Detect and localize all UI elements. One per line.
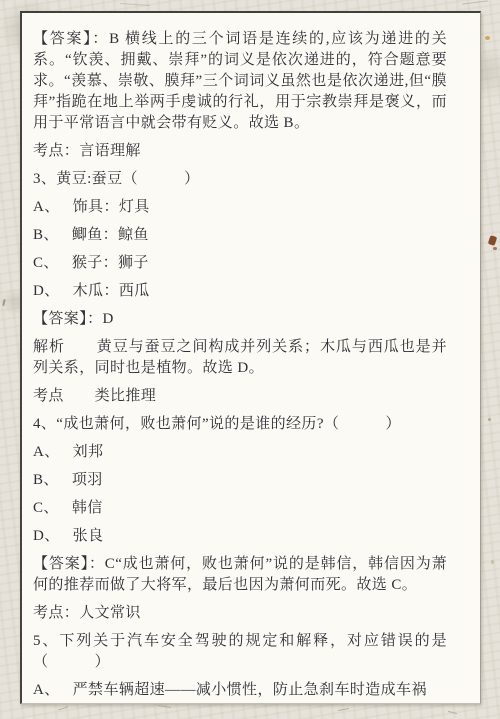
option-label: A、	[33, 197, 60, 218]
question-4-exam-point: 考点：人文常识	[33, 603, 447, 624]
paper-fleck	[488, 418, 491, 421]
prev-question-answer-explanation: 【答案】：B 横线上的三个词语是连续的,应该为递进的关系。“钦羡、拥戴、崇拜”的…	[33, 29, 447, 134]
question-3-stem: 3、黄豆:蚕豆（ ）	[33, 169, 447, 190]
paper-scratch	[158, 705, 171, 708]
textured-backdrop: { "theme": { "backdrop_color": "#e6e2d9"…	[0, 0, 500, 719]
question-3-answer: 【答案】：D	[33, 309, 447, 330]
paper-fleck	[493, 247, 497, 250]
option-text: 猴子：狮子	[72, 253, 149, 274]
question-3-exam-point: 考点 类比推理	[33, 386, 447, 407]
paper-fleck	[488, 235, 497, 246]
option-label: D、	[33, 281, 60, 302]
question-4-stem: 4、“成也萧何，败也萧何”说的是谁的经历?（ ）	[33, 414, 447, 435]
option-label: C、	[33, 253, 59, 274]
paper-scratch	[58, 706, 68, 710]
option-label: C、	[33, 498, 59, 519]
question-3-option-c: C、 猴子：狮子	[33, 253, 447, 274]
prev-question-exam-point: 考点：言语理解	[33, 141, 447, 162]
option-label: A、	[33, 442, 60, 463]
paper-fleck	[485, 36, 490, 40]
option-label: B、	[33, 225, 59, 246]
paper-scratch	[462, 0, 488, 4]
option-text: 木瓜：西瓜	[73, 281, 150, 302]
question-3-option-a: A、 饰具：灯具	[33, 197, 447, 218]
option-text: 饰具：灯具	[73, 197, 150, 218]
question-3-option-b: B、 鲫鱼：鲸鱼	[33, 225, 447, 246]
option-text: 张良	[73, 526, 104, 547]
question-5-stem: 5、下列关于汽车安全驾驶的规定和解释，对应错误的是（ ）	[33, 631, 447, 673]
option-text: 韩信	[72, 498, 103, 519]
option-label: D、	[33, 526, 60, 547]
question-3-option-d: D、 木瓜：西瓜	[33, 281, 447, 302]
option-text: 刘邦	[73, 442, 104, 463]
question-5-option-a: A、 严禁车辆超速——减小惯性，防止急刹车时造成车祸	[33, 680, 447, 701]
paper-scratch	[338, 708, 349, 711]
question-3-analysis: 解析 黄豆与蚕豆之间构成并列关系；木瓜与西瓜也是并列关系，同时也是植物。故选 D…	[33, 337, 447, 379]
document-page: 【答案】：B 横线上的三个词语是连续的,应该为递进的关系。“钦羡、拥戴、崇拜”的…	[20, 11, 481, 704]
option-text: 鲫鱼：鲸鱼	[72, 225, 149, 246]
option-text: 严禁车辆超速——减小惯性，防止急刹车时造成车祸	[73, 680, 427, 701]
option-label: B、	[33, 470, 59, 491]
paper-scratch	[448, 711, 457, 714]
paper-fleck	[2, 299, 5, 306]
question-4-answer: 【答案】：C“成也萧何，败也萧何”说的是韩信，韩信因为萧何的推荐而做了大将军，最…	[33, 554, 447, 596]
paper-scratch	[120, 3, 150, 6]
option-label: A、	[33, 680, 60, 701]
question-4-option-c: C、 韩信	[33, 498, 447, 519]
paper-fleck	[491, 560, 494, 564]
question-4-option-b: B、 项羽	[33, 470, 447, 491]
question-4-option-d: D、 张良	[33, 526, 447, 547]
question-4-option-a: A、 刘邦	[33, 442, 447, 463]
option-text: 项羽	[72, 470, 103, 491]
